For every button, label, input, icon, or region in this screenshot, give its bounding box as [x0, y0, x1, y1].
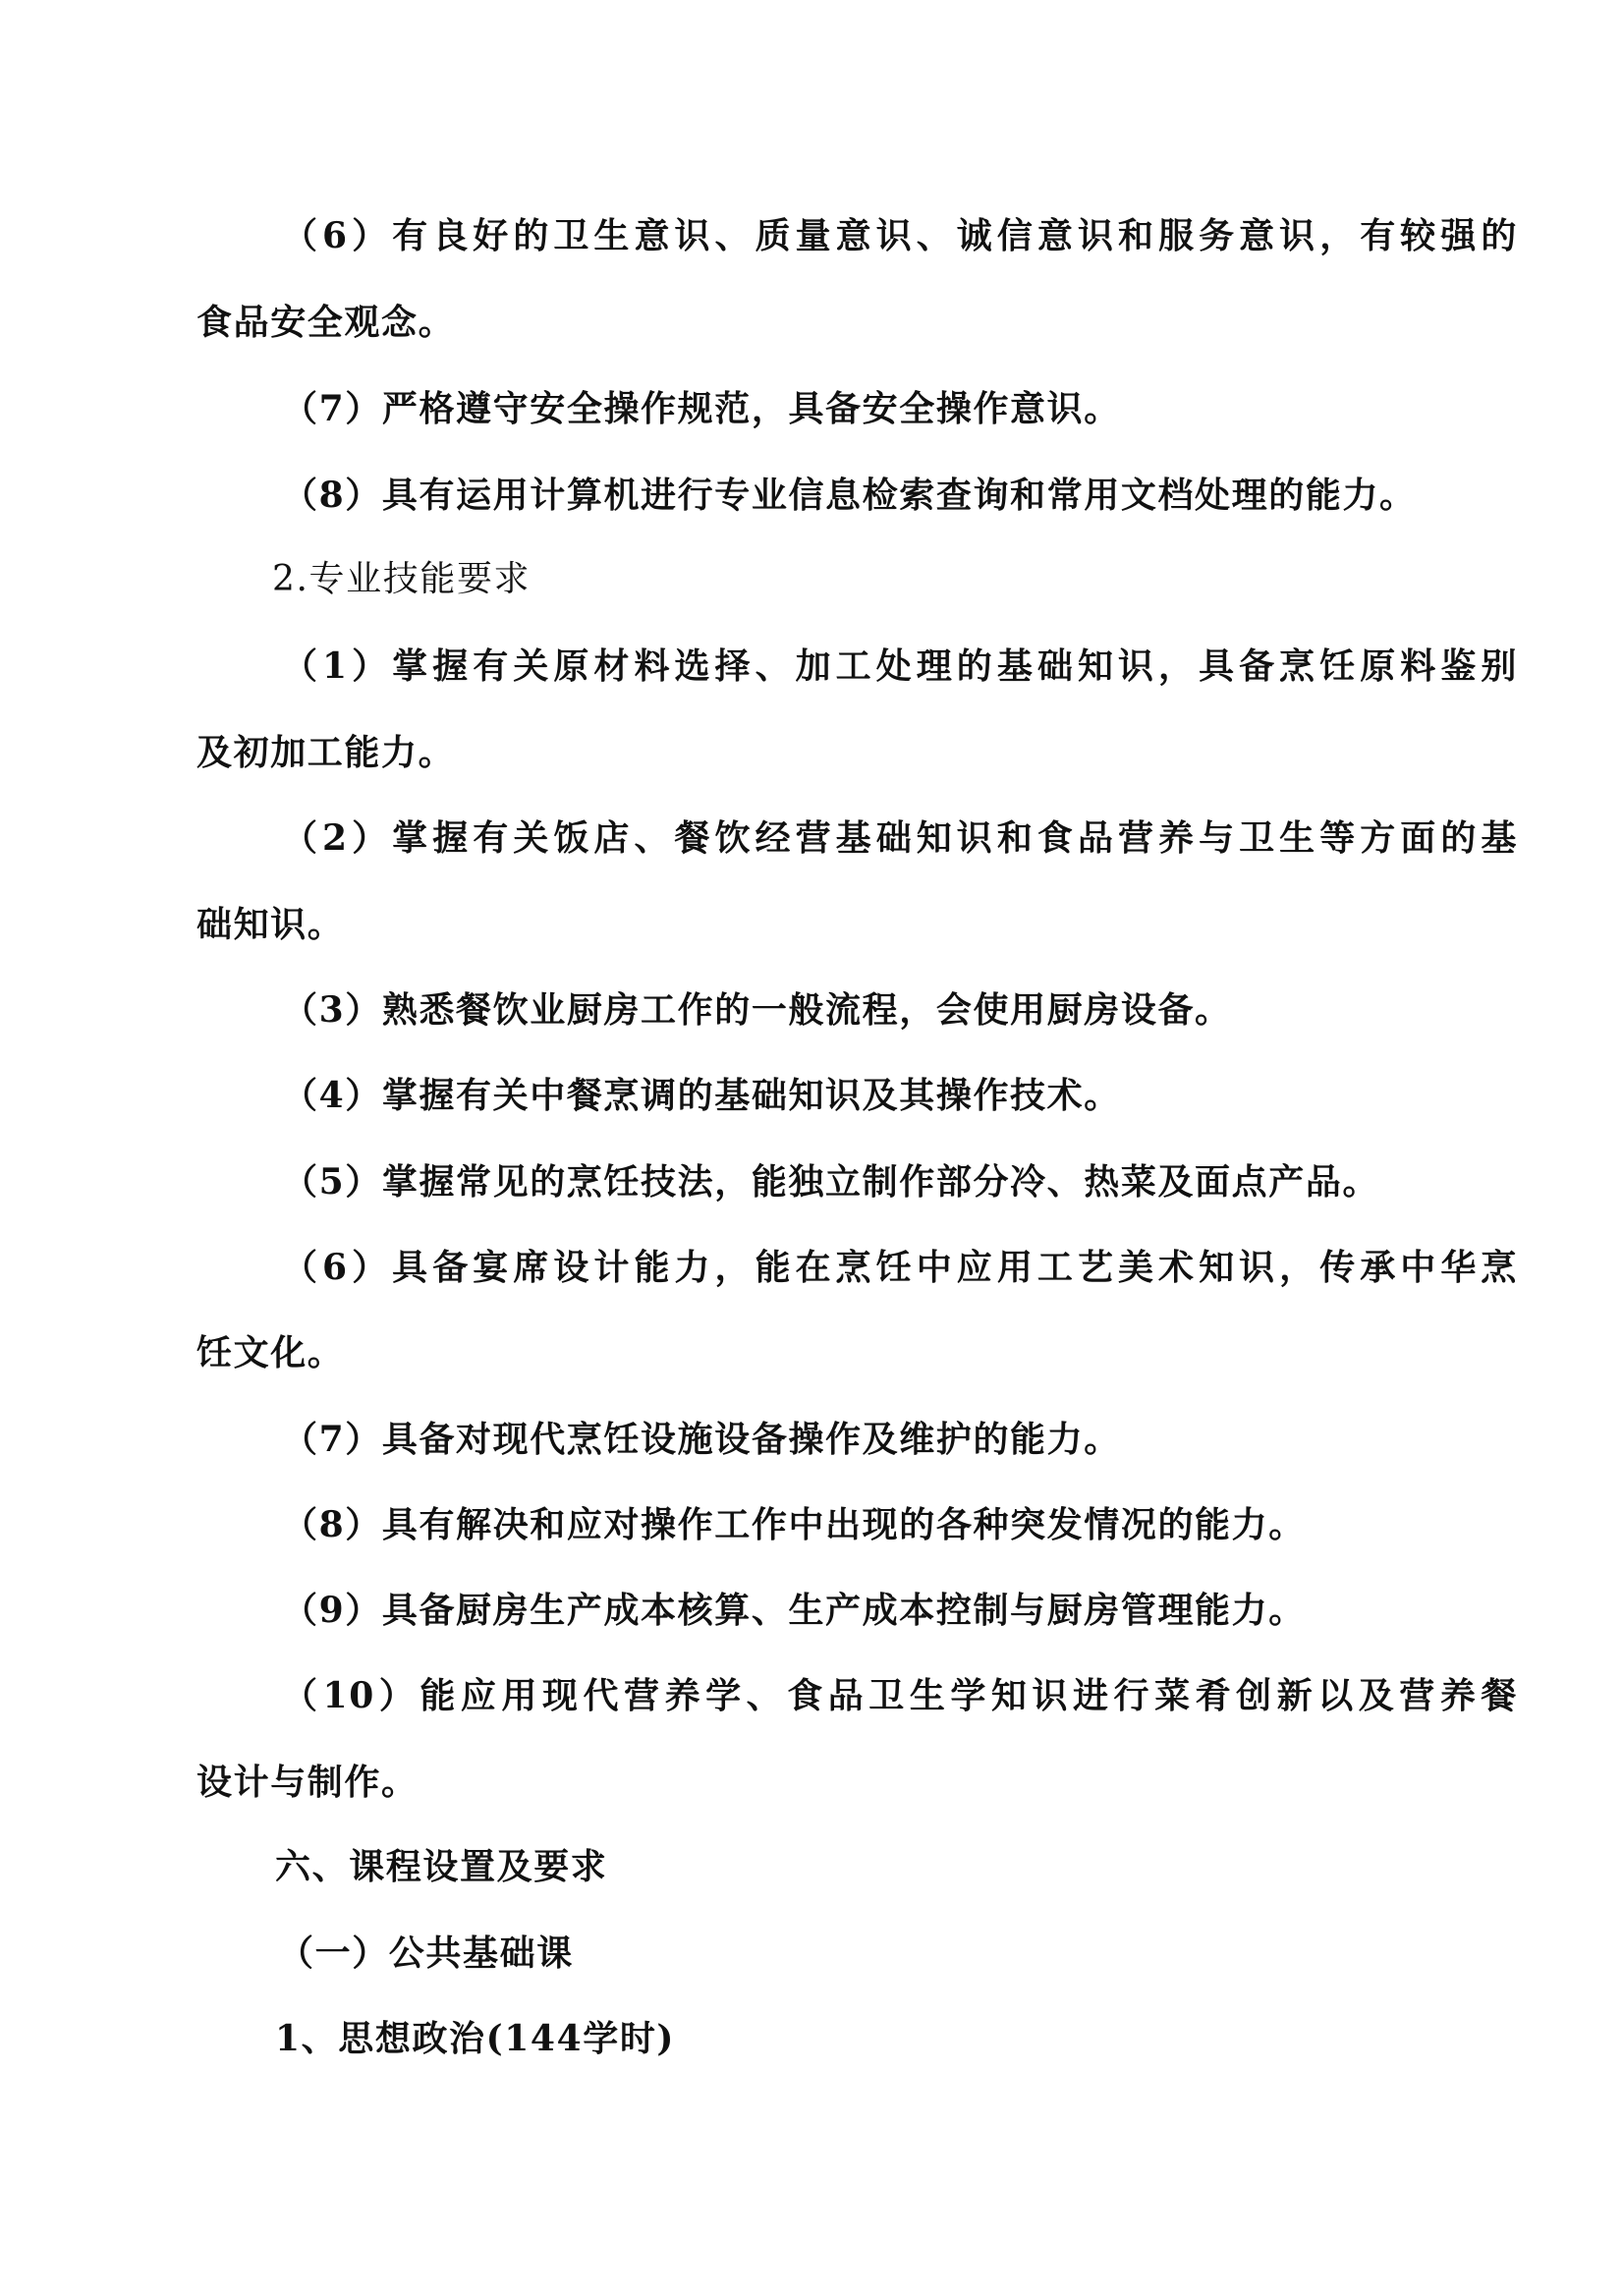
- subsection-heading-public-courses: （一）公共基础课: [278, 1929, 1526, 1978]
- skill-3-kitchen-workflow: （3）熟悉餐饮业厨房工作的一般流程，会使用厨房设备。: [282, 985, 1530, 1035]
- item-7-safety-operation: （7）严格遵守安全操作规范，具备安全操作意识。: [282, 384, 1530, 433]
- item-6-continuation: 食品安全观念。: [196, 298, 1444, 347]
- item-8-computer-skills: （8）具有运用计算机进行专业信息检索查询和常用文档处理的能力。: [282, 471, 1530, 520]
- skill-5-cooking-techniques: （5）掌握常见的烹饪技法，能独立制作部分冷、热菜及面点产品。: [282, 1157, 1530, 1206]
- skill-6-banquet-design: （6）具备宴席设计能力，能在烹饪中应用工艺美术知识，传承中华烹: [282, 1243, 1518, 1292]
- skill-1-continuation: 及初加工能力。: [196, 728, 1444, 777]
- skill-9-cost-management: （9）具备厨房生产成本核算、生产成本控制与厨房管理能力。: [282, 1586, 1530, 1635]
- subheading-professional-skills: 2.专业技能要求: [272, 555, 1520, 604]
- skill-4-chinese-cooking: （4）掌握有关中餐烹调的基础知识及其操作技术。: [282, 1071, 1530, 1120]
- item-6-hygiene-awareness: （6）有良好的卫生意识、质量意识、诚信意识和服务意识，有较强的: [282, 211, 1518, 260]
- skill-10-continuation: 设计与制作。: [196, 1758, 1444, 1807]
- course-heading-ideology-politics: 1、思想政治(144学时): [275, 2014, 1523, 2063]
- skill-10-nutrition-innovation: （10）能应用现代营养学、食品卫生学知识进行菜肴创新以及营养餐: [282, 1671, 1518, 1720]
- skill-7-equipment-maintenance: （7）具备对现代烹饪设施设备操作及维护的能力。: [282, 1415, 1530, 1464]
- document-page: （6）有良好的卫生意识、质量意识、诚信意识和服务意识，有较强的 食品安全观念。 …: [0, 0, 1623, 2296]
- skill-1-raw-materials: （1）掌握有关原材料选择、加工处理的基础知识，具备烹饪原料鉴别: [282, 642, 1518, 691]
- skill-2-continuation: 础知识。: [196, 900, 1444, 949]
- skill-6-continuation: 饪文化。: [196, 1328, 1444, 1377]
- section-heading-curriculum: 六、课程设置及要求: [275, 1842, 1523, 1891]
- skill-2-catering-knowledge: （2）掌握有关饭店、餐饮经营基础知识和食品营养与卫生等方面的基: [282, 813, 1518, 863]
- skill-8-emergency-handling: （8）具有解决和应对操作工作中出现的各种突发情况的能力。: [282, 1500, 1530, 1549]
